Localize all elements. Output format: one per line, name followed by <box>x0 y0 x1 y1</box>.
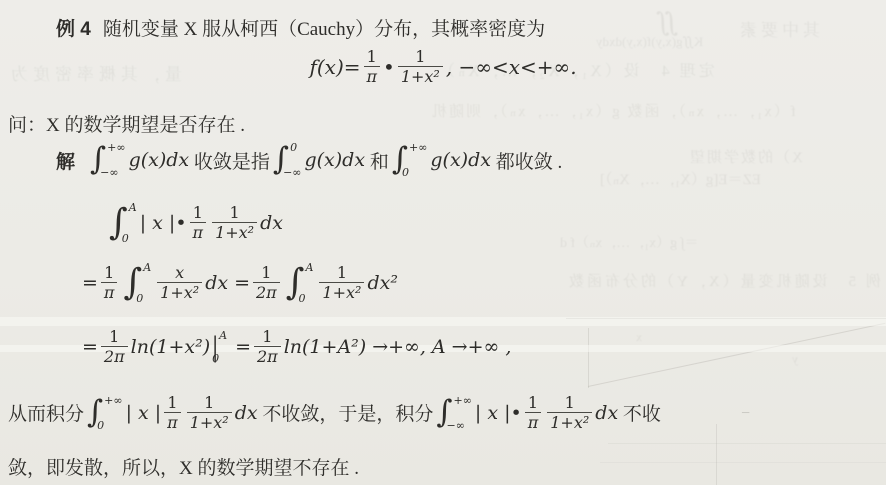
density-formula: f(x)= 1π • 11+x² , −∞<x<+∞. <box>0 48 886 85</box>
text: 和 <box>365 147 389 174</box>
solution-line: 解 ∫+∞−∞ g(x)dx 收敛是指 ∫0−∞ g(x)dx 和 ∫+∞0 g… <box>56 142 562 178</box>
example-heading: 例 4随机变量 X 服从柯西（Cauchy）分布，其概率密度为 <box>56 14 545 41</box>
fraction: 1π <box>364 48 381 85</box>
fraction: x1+x² <box>157 264 202 301</box>
text: 不收 <box>618 399 661 426</box>
dx: dx <box>205 272 228 294</box>
equals: = <box>82 272 98 294</box>
integral: ∫+∞−∞ <box>90 142 126 178</box>
integral: ∫+∞−∞ <box>436 395 472 431</box>
text: 都收敛 . <box>491 147 562 174</box>
integral: ∫+∞0 <box>87 395 123 431</box>
integrand: g(x)dx <box>430 149 491 171</box>
integral: ∫A0 <box>286 262 314 304</box>
dx: dx <box>260 212 283 234</box>
content-layer: 例 4随机变量 X 服从柯西（Cauchy）分布，其概率密度为 f(x)= 1π… <box>0 0 886 485</box>
example-label: 例 4 <box>56 14 91 41</box>
dx: dx <box>595 402 618 424</box>
text: 不收敛，于是，积分 <box>258 399 434 426</box>
fraction: 11+x² <box>547 394 592 431</box>
equation-line-2: = 1π ∫A0 x1+x² dx = 12π ∫A0 11+x² dx² <box>82 262 398 304</box>
equals: = <box>235 336 251 358</box>
limit-arrow: →+∞, <box>372 336 426 358</box>
text: 收敛是指 <box>189 147 270 174</box>
integral: ∫+∞0 <box>392 142 428 178</box>
integrand: g(x)dx <box>129 149 190 171</box>
fraction: 12π <box>253 264 280 301</box>
fraction: 1π <box>101 264 118 301</box>
fraction: 11+x² <box>398 48 443 85</box>
abs-x-dot: | x |• <box>475 402 522 424</box>
abs-x: | x | <box>140 212 176 234</box>
integrand: g(x)dx <box>304 149 365 171</box>
fraction: 12π <box>101 328 128 365</box>
multiplication-dot: • <box>175 212 186 234</box>
fraction: 11+x² <box>212 204 257 241</box>
fraction: 11+x² <box>319 264 364 301</box>
abs-x: | x | <box>126 402 162 424</box>
ln-expression: ln(1+A²) <box>284 336 367 358</box>
question-text: 问：X 的数学期望是否存在 . <box>8 110 245 137</box>
integral: ∫A0 <box>123 262 151 304</box>
fraction: 1π <box>190 204 207 241</box>
fraction: 12π <box>254 328 281 365</box>
textbook-page: K∬g(x,y)f(x,y)dxdy 其中要素 ∬ 定理 4 设（X₁，X₂，…… <box>0 0 886 485</box>
formula-domain: , −∞<x<+∞. <box>446 55 577 79</box>
example-text: 随机变量 X 服从柯西（Cauchy）分布，其概率密度为 <box>103 14 545 41</box>
equation-line-3: = 12π ln(1+x²) |A0 = 12π ln(1+A²) →+∞, A… <box>82 328 511 365</box>
evaluation-bar: |A0 <box>212 330 227 364</box>
text: 从而积分 <box>8 399 84 426</box>
text: 敛，即发散，所以，X 的数学期望不存在 . <box>8 453 359 480</box>
limit-condition: A →+∞ , <box>432 336 512 358</box>
integral: ∫0−∞ <box>273 142 302 178</box>
fraction: 1π <box>525 394 542 431</box>
ln-expression: ln(1+x²) <box>131 336 210 358</box>
equals: = <box>234 272 250 294</box>
equals: = <box>82 336 98 358</box>
solution-label: 解 <box>56 147 75 174</box>
fraction: 1π <box>164 394 181 431</box>
dx: dx <box>235 402 258 424</box>
integral: ∫A0 <box>109 202 137 244</box>
multiplication-dot: • <box>383 55 395 79</box>
conclusion-line-1: 从而积分 ∫+∞0 | x | 1π 11+x² dx 不收敛，于是，积分 ∫+… <box>8 394 661 431</box>
question-paragraph: 问：X 的数学期望是否存在 . <box>8 110 245 137</box>
fraction: 11+x² <box>187 394 232 431</box>
equation-line-1: ∫A0 | x | • 1π 11+x² dx <box>106 202 283 244</box>
conclusion-line-2: 敛，即发散，所以，X 的数学期望不存在 . <box>8 453 359 480</box>
dx-squared: dx² <box>367 272 398 294</box>
formula-lhs: f(x)= <box>309 55 360 79</box>
